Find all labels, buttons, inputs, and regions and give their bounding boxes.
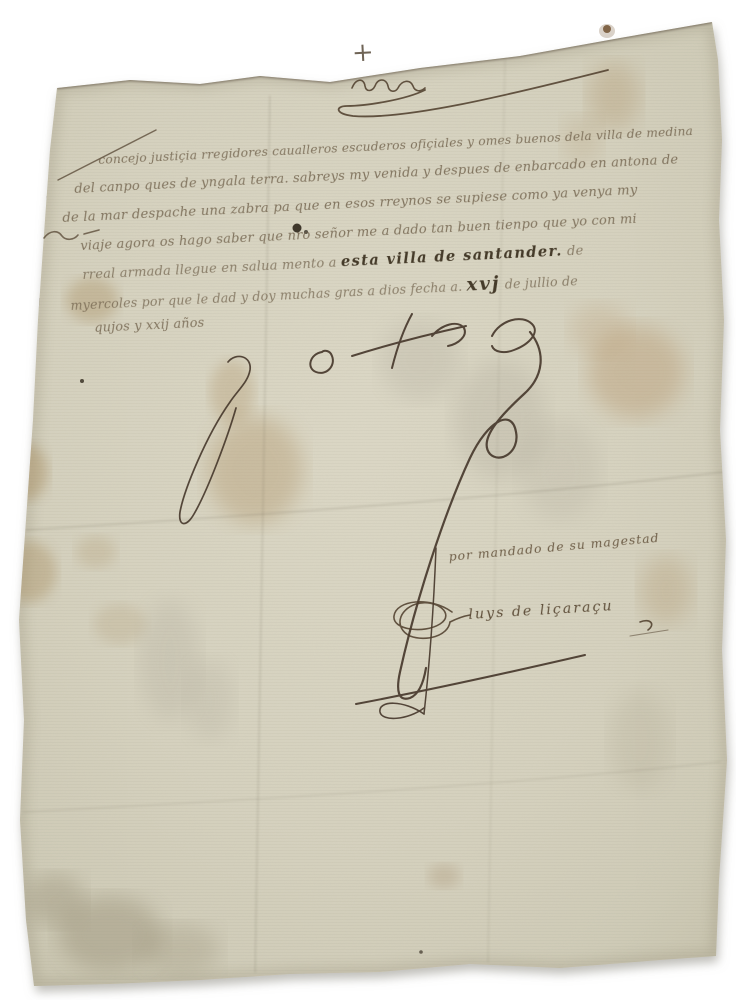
line-text: de: [562, 243, 583, 259]
line-text: de jullio de: [500, 273, 578, 292]
manuscript-photo: + concejo justiçia rregidores caualleros…: [0, 0, 736, 1000]
date-roman-numeral: xvj: [466, 273, 501, 296]
superscription-cross: +: [351, 37, 374, 68]
